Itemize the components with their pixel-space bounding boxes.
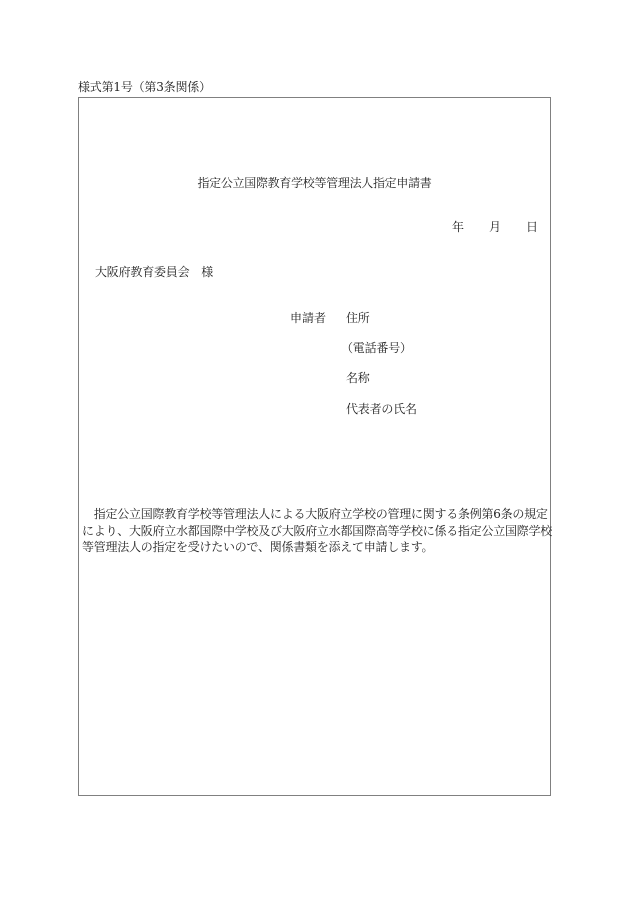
applicant-representative-label: 代表者の氏名 [346, 401, 417, 417]
document-title: 指定公立国際教育学校等管理法人指定申請書 [79, 175, 550, 191]
statement-line: 指定公立国際教育学校等管理法人による大阪府立学校の管理に関する条例第6条の規定 [82, 506, 550, 523]
application-form-frame: 指定公立国際教育学校等管理法人指定申請書 年 月 日 大阪府教育委員会 様 申請… [78, 97, 551, 796]
addressee: 大阪府教育委員会 様 [95, 264, 213, 280]
statement-line: 等管理法人の指定を受けたいので、関係書類を添えて申請します。 [82, 539, 550, 556]
form-number-label: 様式第1号（第3条関係） [78, 79, 211, 95]
application-statement: 指定公立国際教育学校等管理法人による大阪府立学校の管理に関する条例第6条の規定 … [82, 506, 550, 556]
applicant-name-label: 名称 [346, 370, 370, 386]
statement-line: により、大阪府立水都国際中学校及び大阪府立水都国際高等学校に係る指定公立国際学校 [82, 523, 550, 540]
date-day-label: 日 [526, 219, 546, 235]
date-line: 年 月 日 [452, 219, 546, 235]
applicant-phone-label: （電話番号） [341, 340, 412, 356]
applicant-address-label: 住所 [346, 310, 370, 326]
applicant-label: 申請者 [290, 310, 326, 326]
date-year-label: 年 [452, 219, 489, 235]
date-month-label: 月 [489, 219, 526, 235]
